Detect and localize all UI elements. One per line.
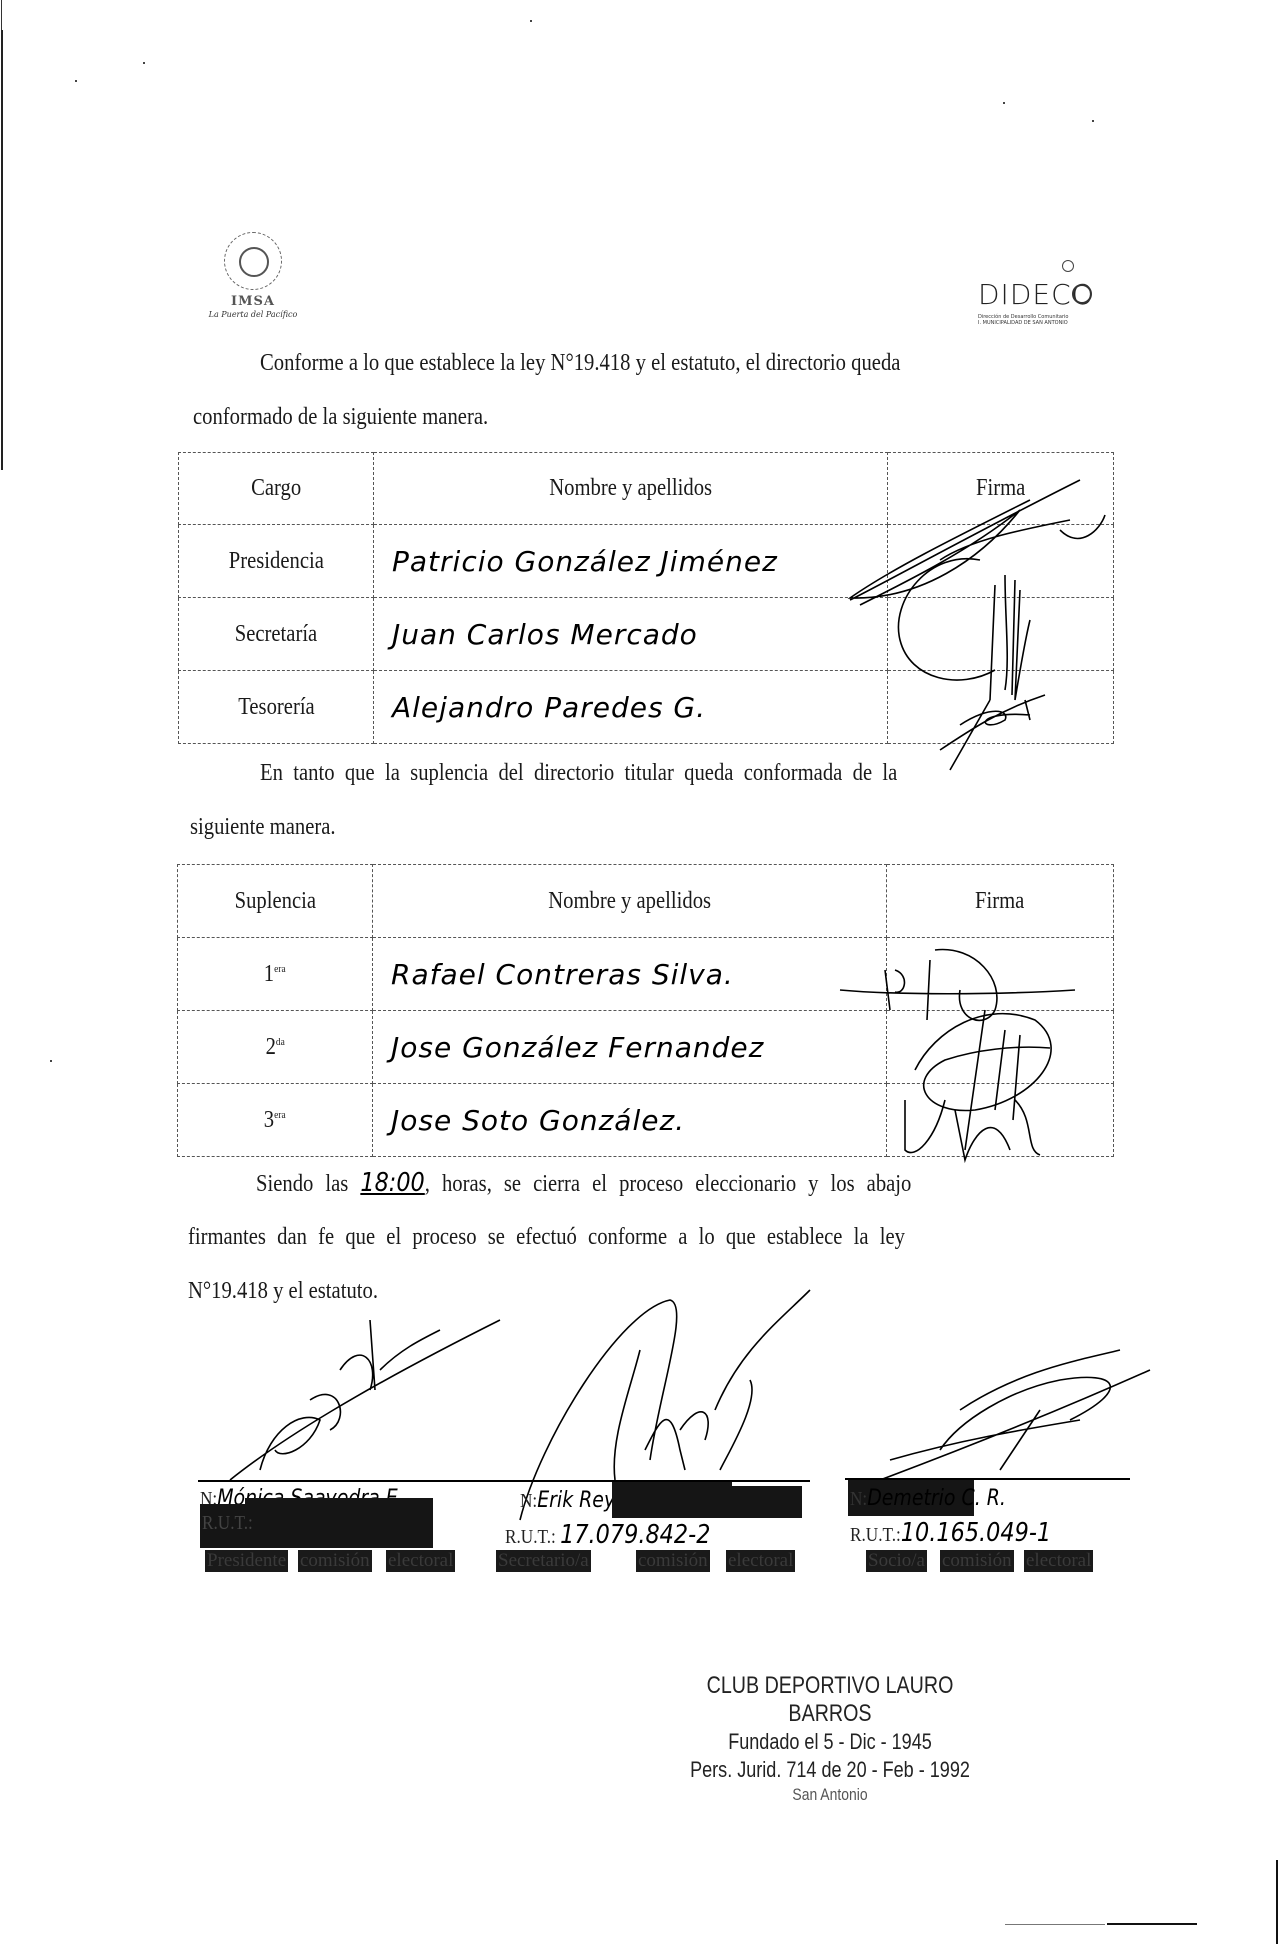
scan-speck — [530, 20, 532, 22]
header-nombre: Nombre y apellidos — [373, 865, 887, 938]
scan-speck — [1092, 120, 1094, 122]
signature-cell — [888, 671, 1114, 744]
name-cell: Alejandro Paredes G. — [374, 671, 888, 744]
table-header-row: Cargo Nombre y apellidos Firma — [179, 453, 1114, 525]
signatory-2-role-part: comisión — [636, 1550, 710, 1572]
header-suplencia: Suplencia — [178, 865, 373, 938]
signatory-3-name: N:Demetrio C. R. — [850, 1486, 1006, 1511]
substitute-table: Suplencia Nombre y apellidos Firma 1era … — [177, 864, 1114, 1157]
signatory-1-rut: R.U.T.: — [202, 1512, 253, 1535]
cargo-cell: Tesorería — [179, 671, 374, 744]
signature-cell — [888, 525, 1114, 598]
municipal-seal-icon — [224, 232, 282, 290]
order-cell: 3era — [178, 1084, 373, 1157]
signature-cell — [887, 1011, 1114, 1084]
name-cell: Jose González Fernandez — [373, 1011, 887, 1084]
closing-line-2: firmantes dan fe que el proceso se efect… — [188, 1224, 905, 1250]
dideco-logo: DIDECO Dirección de Desarrollo Comunitar… — [972, 258, 1102, 330]
closing-line-3: N°19.418 y el estatuto. — [188, 1278, 378, 1304]
table-row: Secretaría Juan Carlos Mercado — [179, 598, 1114, 671]
signatory-1-role-part: electoral — [386, 1550, 455, 1572]
name-cell: Rafael Contreras Silva. — [373, 938, 887, 1011]
signature-cell — [887, 1084, 1114, 1157]
signatory-2-role-part: electoral — [726, 1550, 795, 1572]
header-firma: Firma — [887, 865, 1114, 938]
redaction-bar — [245, 1498, 433, 1548]
redaction-bar — [728, 1486, 802, 1518]
stamp-line: CLUB DEPORTIVO LAURO BARROS — [674, 1672, 986, 1728]
signature-1-scribble-icon — [200, 1300, 520, 1500]
name-cell: Juan Carlos Mercado — [374, 598, 888, 671]
logo-subtitle: Dirección de Desarrollo Comunitario I. M… — [978, 314, 1098, 326]
scan-edge — [1276, 1860, 1278, 1944]
scan-speck — [75, 80, 77, 82]
stamp-line: Fundado el 5 - Dic - 1945 — [674, 1728, 986, 1756]
table-row: 2da Jose González Fernandez — [178, 1011, 1114, 1084]
closing-line-1: Siendo las 18:00, horas, se cierra el pr… — [256, 1170, 911, 1197]
scan-speck — [50, 1060, 52, 1062]
club-stamp: CLUB DEPORTIVO LAURO BARROS Fundado el 5… — [640, 1672, 1020, 1806]
signature-line-1 — [198, 1480, 498, 1482]
scan-edge — [1, 0, 2, 30]
intro-line-2: conformado de la siguiente manera. — [193, 404, 488, 430]
board-table: Cargo Nombre y apellidos Firma Presidenc… — [178, 452, 1114, 744]
header-firma: Firma — [888, 453, 1114, 525]
substitute-intro-line-1: En tanto que la suplencia del directorio… — [260, 760, 897, 786]
intro-line-1: Conforme a lo que establece la ley N°19.… — [260, 350, 900, 376]
scan-edge — [1107, 1923, 1197, 1925]
signatory-1-role-part: Presidente — [205, 1550, 288, 1572]
header-cargo: Cargo — [179, 453, 374, 525]
signatory-1-role-part: comisión — [298, 1550, 372, 1572]
redaction-bar — [612, 1482, 732, 1518]
scan-edge — [1, 30, 3, 470]
order-cell: 2da — [178, 1011, 373, 1084]
logo-motto: La Puerta del Pacífico — [193, 310, 313, 319]
signatory-3-rut: R.U.T.:10.165.049-1 — [850, 1518, 1051, 1548]
table-row: 1era Rafael Contreras Silva. — [178, 938, 1114, 1011]
cargo-cell: Presidencia — [179, 525, 374, 598]
scan-speck — [1003, 102, 1005, 104]
globe-icon — [1072, 284, 1092, 304]
table-row: Presidencia Patricio González Jiménez — [179, 525, 1114, 598]
scan-edge — [1005, 1924, 1105, 1925]
substitute-intro-line-2: siguiente manera. — [190, 814, 336, 840]
signature-cell — [888, 598, 1114, 671]
imsa-logo: IMSA La Puerta del Pacífico — [193, 232, 313, 338]
cargo-cell: Secretaría — [179, 598, 374, 671]
table-row: 3era Jose Soto González. — [178, 1084, 1114, 1157]
closing-time: 18:00 — [360, 1168, 424, 1198]
scan-speck — [143, 62, 145, 64]
table-header-row: Suplencia Nombre y apellidos Firma — [178, 865, 1114, 938]
signatory-3-role-part: Socio/a — [866, 1550, 927, 1572]
order-cell: 1era — [178, 938, 373, 1011]
logo-brand: IMSA — [193, 294, 313, 309]
stamp-line: Pers. Jurid. 714 de 20 - Feb - 1992 — [674, 1756, 986, 1784]
header-nombre: Nombre y apellidos — [374, 453, 888, 525]
table-row: Tesorería Alejandro Paredes G. — [179, 671, 1114, 744]
name-cell: Patricio González Jiménez — [374, 525, 888, 598]
signature-3-scribble-icon — [860, 1350, 1160, 1490]
signatory-3-role-part: electoral — [1024, 1550, 1093, 1572]
signatory-3-role-part: comisión — [940, 1550, 1014, 1572]
stamp-line: San Antonio — [674, 1784, 986, 1806]
signatory-2-role-part: Secretario/a — [496, 1550, 591, 1572]
signature-cell — [887, 938, 1114, 1011]
ring-icon — [1062, 260, 1074, 272]
name-cell: Jose Soto González. — [373, 1084, 887, 1157]
signatory-2-rut: R.U.T.: 17.079.842-2 — [505, 1520, 710, 1550]
